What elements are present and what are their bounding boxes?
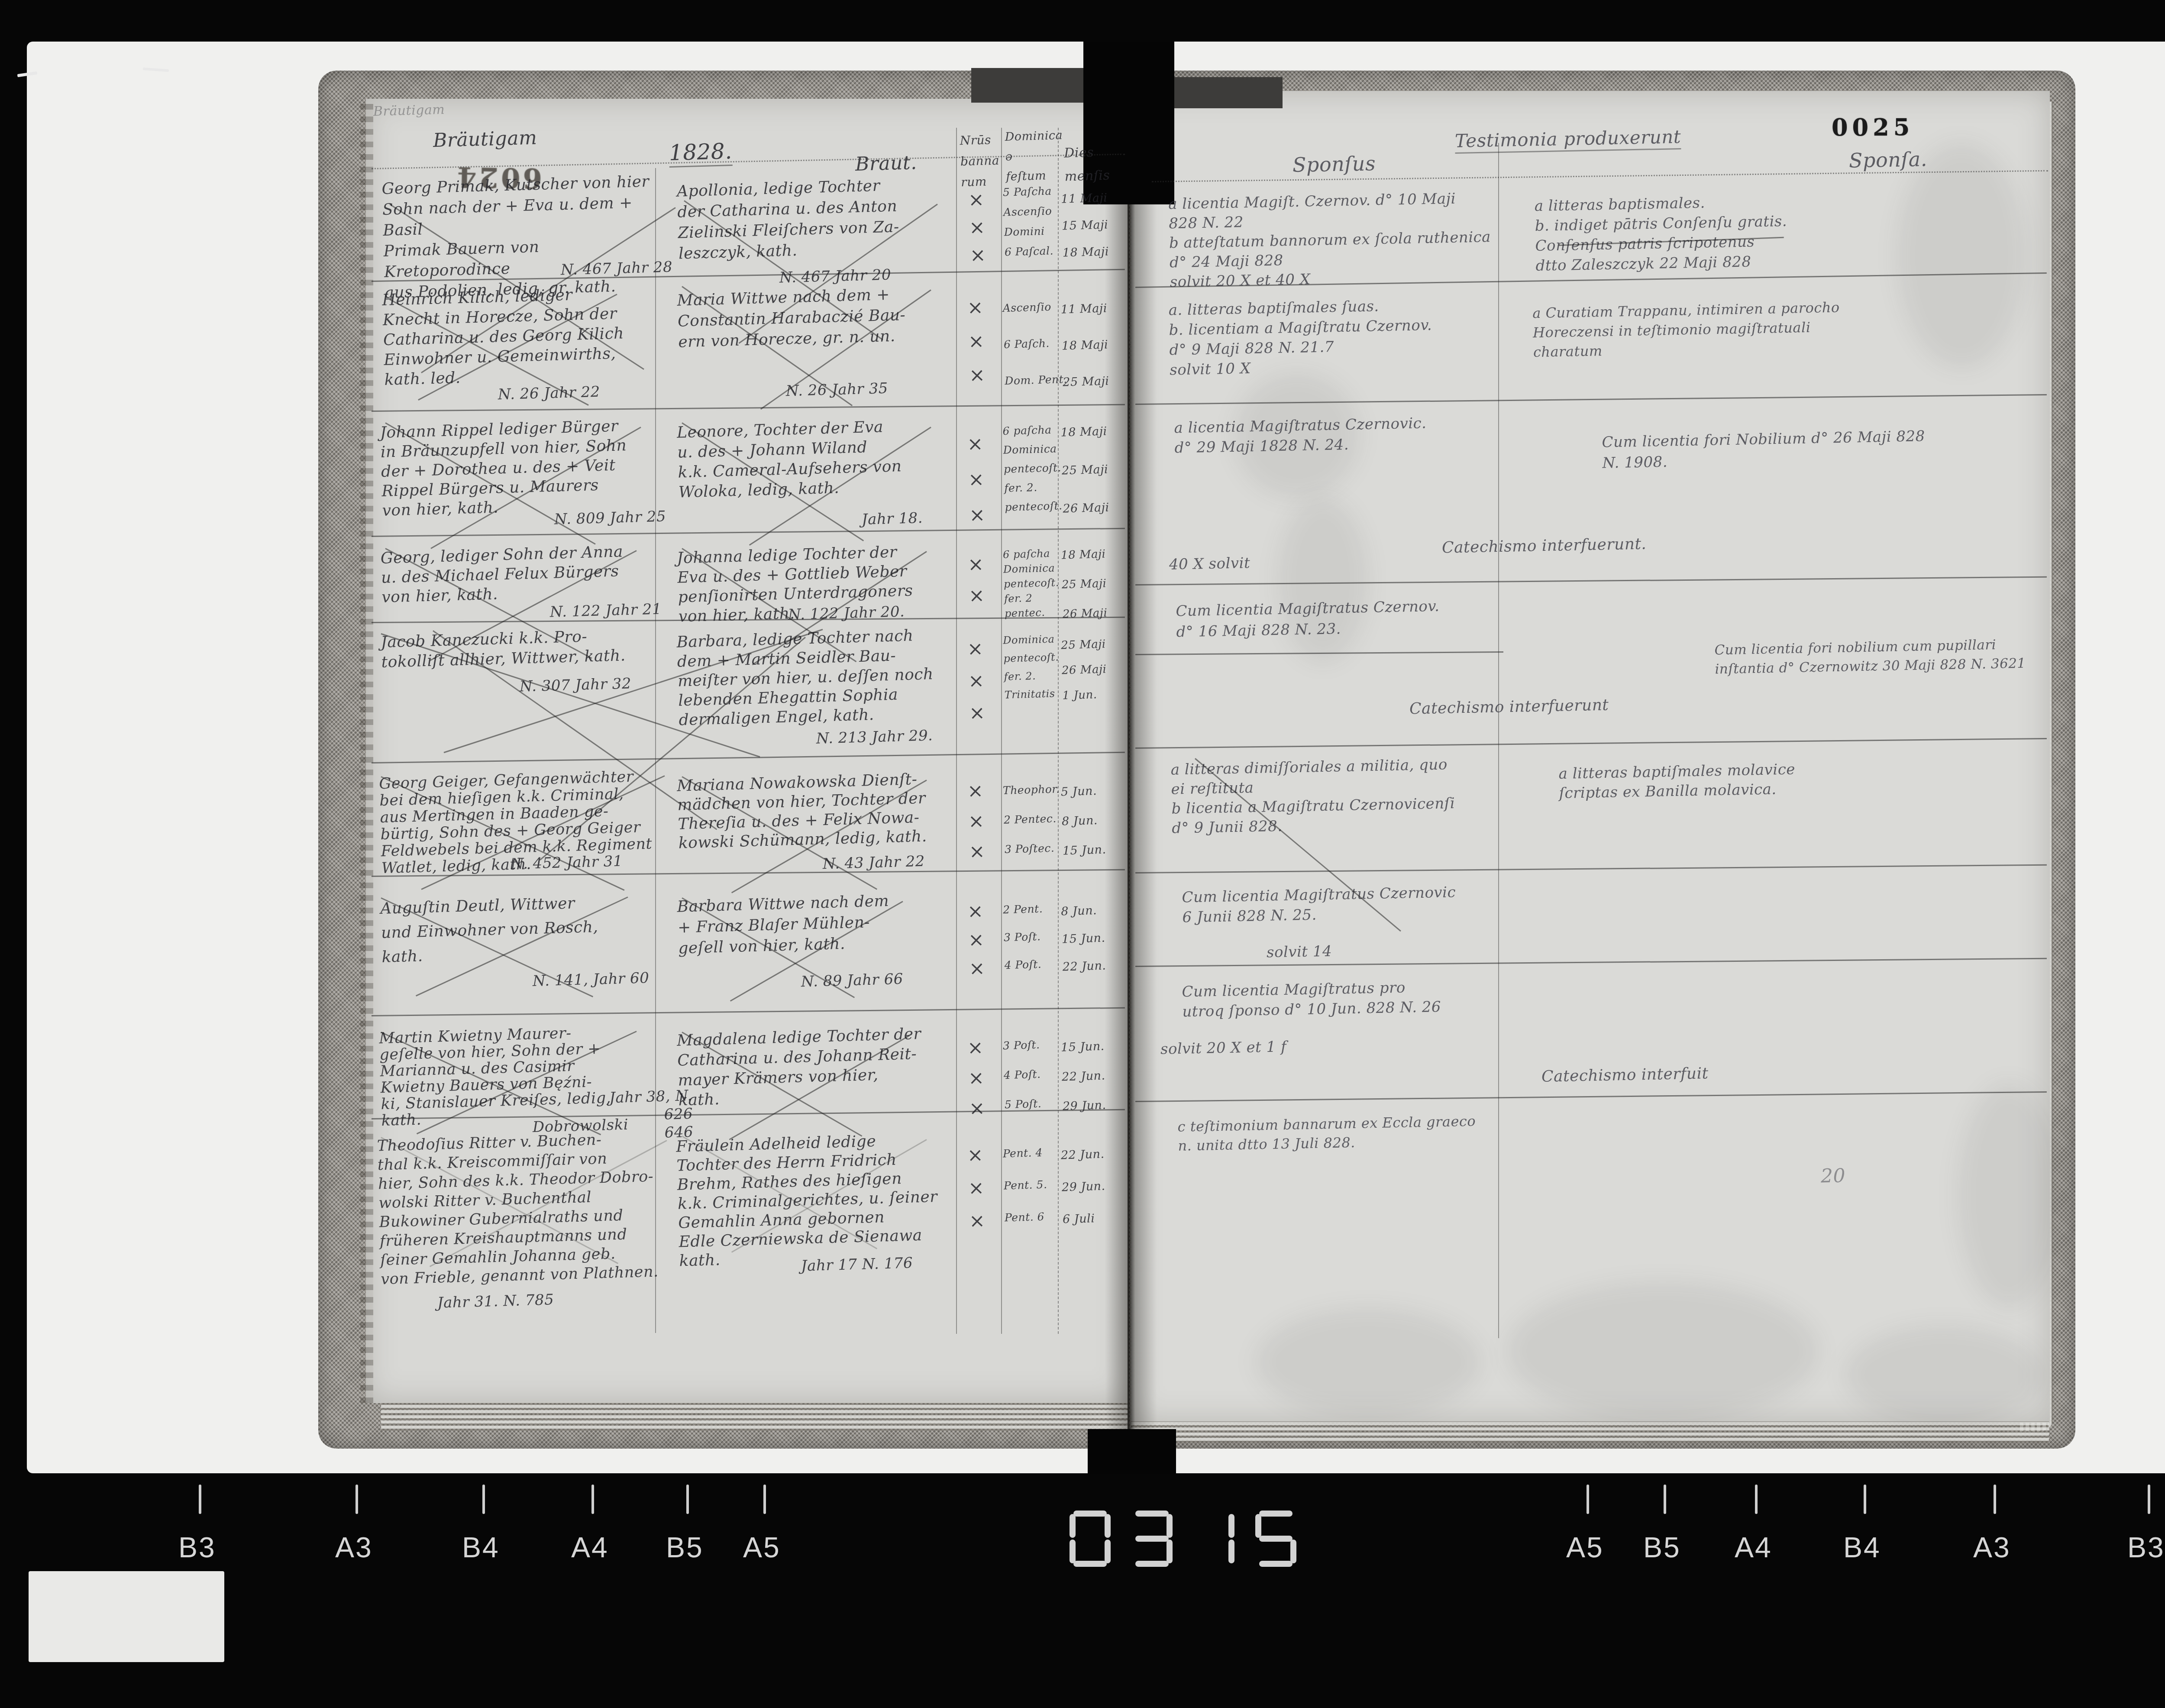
banns-dominica: 6 paſcha Dominica pentecoſt. fer. 2. pen… [1002,420,1063,517]
sponsus-testimonia: a licentia Magiſtratus Czernovic. d° 29 … [1174,412,1512,458]
bride-entry: Maria Wittwe nach dem + Constantin Harab… [677,283,947,353]
spine-gap-shadow-right [1173,77,1283,108]
banns-dies: 11 Maji 15 Maji 18 Maji [1060,185,1109,267]
film-marker-tick [199,1485,201,1514]
groom-entry: Georg, lediger Sohn der Anna u. des Mich… [380,541,659,607]
sponsa-testimonia: Cum licentia fori nobilium cum pupillari… [1714,634,2053,679]
film-marker-tick [1587,1485,1589,1514]
banns-dies: 5 Jun. 8 Jun. 15 Jun. [1060,776,1106,866]
counter-digit [1131,1511,1173,1567]
fee-note: solvit 20 X et 1 f [1160,1038,1287,1058]
film-blip-card [29,1571,224,1662]
bride-entry: Leonore, Tochter der Eva u. des + Johann… [677,415,947,502]
spine-gap-bottom [1088,1429,1176,1474]
testimonia-heading: Testimonia produxerunt [1455,126,1681,154]
banns-tally-marks: × × × [967,1139,986,1238]
sponsus-testimonia: Cum licentia Magiſtratus Czernovic 6 Jun… [1182,881,1520,928]
banns-dominica: 6 paſcha Dominica pentecoſt. fer. 2 pent… [1003,546,1060,621]
banns-dies: 15 Jun. 22 Jun. 29 Jun. [1060,1032,1106,1122]
groom-register-number: N. 467 Jahr 28 [560,258,672,278]
groom-register-number: N. 122 Jahr 21 [549,600,662,621]
column-line [1001,128,1002,1334]
dies-column-header: Dies menſis [1064,141,1111,189]
bride-entry: Apollonia, ledige Tochter der Catharina … [676,174,947,264]
film-marker-tick [1864,1485,1866,1514]
film-marker-label: B5 [666,1531,704,1564]
banns-tally-marks: × × × [967,897,986,983]
banns-tally-marks: × × × [967,427,986,534]
bride-entry: Mariana Nowakowska Dienſt- mädchen von h… [677,769,947,853]
banns-dies: 11 Maji 18 Maji 25 Maji [1060,291,1110,401]
film-marker-label: A3 [1973,1531,2011,1564]
sponsus-testimonia: Cum licentia Magiſtratus Czernov. d° 16 … [1176,595,1514,643]
film-marker-label: B3 [2127,1531,2165,1564]
water-stain [1256,1308,1481,1416]
banns-dies: 18 Maji 25 Maji 26 Maji [1061,547,1108,622]
banns-dominica: 5 Paſcha Ascenſio Domini 6 Paſcal. [1002,181,1053,262]
film-marker-label: B4 [462,1531,500,1564]
film-marker-tick [355,1485,358,1514]
banns-dies: 22 Jun. 29 Jun. 6 Juli [1060,1139,1107,1236]
film-marker-label: A5 [1566,1531,1604,1564]
bride-entry: Barbara Wittwe nach dem + Franz Blaſer M… [677,889,947,959]
sponsa-testimonia: Cum licentia fori Nobilium d° 26 Maji 82… [1602,424,2036,473]
counter-digit [1193,1511,1234,1567]
film-marker-label: A4 [571,1531,609,1564]
film-frame-counter [1070,1511,1296,1567]
bride-register-number: N. 26 Jahr 35 [785,380,888,400]
sponsus-heading: Sponſus [1292,152,1376,177]
counter-digit [1070,1511,1111,1567]
bride-register-number: N. 43 Jahr 22 [822,853,925,873]
groom-entry: Heinrich Kilich, lediger Knecht in Horec… [382,283,662,390]
groom-entry: Theodoſius Ritter v. Buchen- thal k.k. K… [377,1129,675,1289]
film-marker-tick [591,1485,594,1514]
banns-dominica: Ascenſio 6 Paſch. Dom. Pent. [1002,288,1068,399]
column-line [956,128,957,1334]
gutter-shadow [1105,89,1157,1443]
film-marker-label: B5 [1643,1531,1681,1564]
banns-dominica: Dominica pentecoſt. fer. 2. Trinitatis [1003,630,1060,704]
film-marker-tick [482,1485,485,1514]
sponsa-testimonia: a Curatiam Trappanu, intimiren a parocho… [1532,294,2036,362]
bride-register-number: N. 89 Jahr 66 [801,970,903,991]
banns-dies: 25 Maji 26 Maji 1 Jun. [1061,632,1108,708]
film-marker-tick [2148,1485,2150,1514]
film-marker-tick [1664,1485,1666,1514]
frayed-page-edge [360,104,373,1403]
film-marker-label: A5 [743,1531,781,1564]
microfilm-frame: 0025 6024 Bräutigam Bräutigam 1828. Brau… [0,0,2165,1708]
water-stain [1507,1282,1819,1420]
groom-register-number: N. 26 Jahr 22 [498,383,600,404]
banns-tally-marks: × × × [967,776,986,867]
film-marker-tick [763,1485,766,1514]
film-marker-tick [1994,1485,1996,1514]
sponsus-testimonia: Cum licentia Magiſtratus pro utroq ſpons… [1182,976,1520,1022]
page-number-stamp: 0025 [1832,113,1914,141]
film-marker-label: B4 [1843,1531,1881,1564]
groom-entry: Johann Rippel lediger Bürger in Bräunzup… [380,415,659,521]
banns-tally-marks: × × [967,549,985,612]
page-stack-bottom-left [381,1402,1128,1431]
banns-tally-marks: × × × [967,291,986,393]
banns-dominica: 3 Poſt. 4 Poſt. 5 Poſt. [1002,1030,1042,1119]
film-marker-tick [1755,1485,1758,1514]
left-page-groom-heading: Bräutigam [433,127,537,152]
catechism-note: Catechismo interfuit [1541,1064,1709,1085]
groom-register-number: N. 307 Jahr 32 [519,675,631,695]
banns-tally-marks: × × × [967,1033,986,1124]
banns-column-header: Nrūs banna rum [960,129,1000,193]
groom-register-number: Jahr 31. N. 785 [437,1291,554,1312]
left-page-bride-heading: Braut. [855,152,917,175]
bride-register-number: Jahr 17 N. 176 [801,1254,913,1275]
fee-note: 40 X solvit [1169,554,1251,573]
fee-note: solvit 14 [1267,943,1332,961]
banns-dominica: 2 Pent. 3 Poſt. 4 Poſt. [1002,895,1044,979]
water-stain [1957,1083,2061,1308]
film-marker-label: A3 [335,1531,373,1564]
film-marker-tick [686,1485,689,1514]
bride-register-number: Jahr 18. [861,509,923,528]
bride-register-number: N. 213 Jahr 29. [816,727,933,747]
water-stain [1845,1325,2044,1425]
banns-dies: 8 Jun. 15 Jun. 22 Jun. [1060,897,1106,981]
bride-register-number: N. 122 Jahr 20. [788,603,905,624]
bride-entry: Barbara, ledige Tochter nach dem + Marti… [676,625,947,730]
spine-fold-line [1128,97,1130,1431]
film-marker-label: B3 [178,1531,216,1564]
banns-dies: 18 Maji 25 Maji 26 Maji [1060,422,1109,519]
groom-register-number: N. 809 Jahr 25 [554,508,666,528]
counter-digit [1255,1511,1296,1567]
sponsus-testimonia: a licentia Magiſt. Czernov. d° 10 Maji 8… [1168,188,1508,292]
pencil-note: 20 [1821,1165,1846,1187]
page-stack-bottom-right [1131,1421,2049,1443]
sponsa-testimonia: a litteras baptismales. b. indiget pātri… [1534,187,2033,276]
sponsus-testimonia: c teſtimonium bannarum ex Eccla graeco n… [1177,1110,1533,1155]
margin-note: Bräutigam [373,102,445,120]
banns-tally-marks: × × × [967,633,986,730]
sponsus-testimonia: a litteras dimiſſoriales a militia, quo … [1170,754,1518,838]
film-marker-label: A4 [1735,1531,1772,1564]
banns-dominica: Theophor. 2 Pentec. 3 Poſtec. [1002,774,1062,864]
banns-dominica: Pent. 4 Pent. 5. Pent. 6 [1002,1137,1049,1234]
spine-gap-shadow-left [971,68,1084,103]
sponsus-testimonia: a. litteras baptiſmales ſuas. b. licenti… [1168,294,1507,380]
banns-tally-marks: × × × [968,186,986,270]
sponsa-heading: Sponſa. [1848,147,1927,172]
groom-entry: Jacob Kanczucki k.k. Pro- tokolliſt allh… [381,625,659,673]
groom-register-number: N. 141, Jahr 60 [532,969,649,990]
